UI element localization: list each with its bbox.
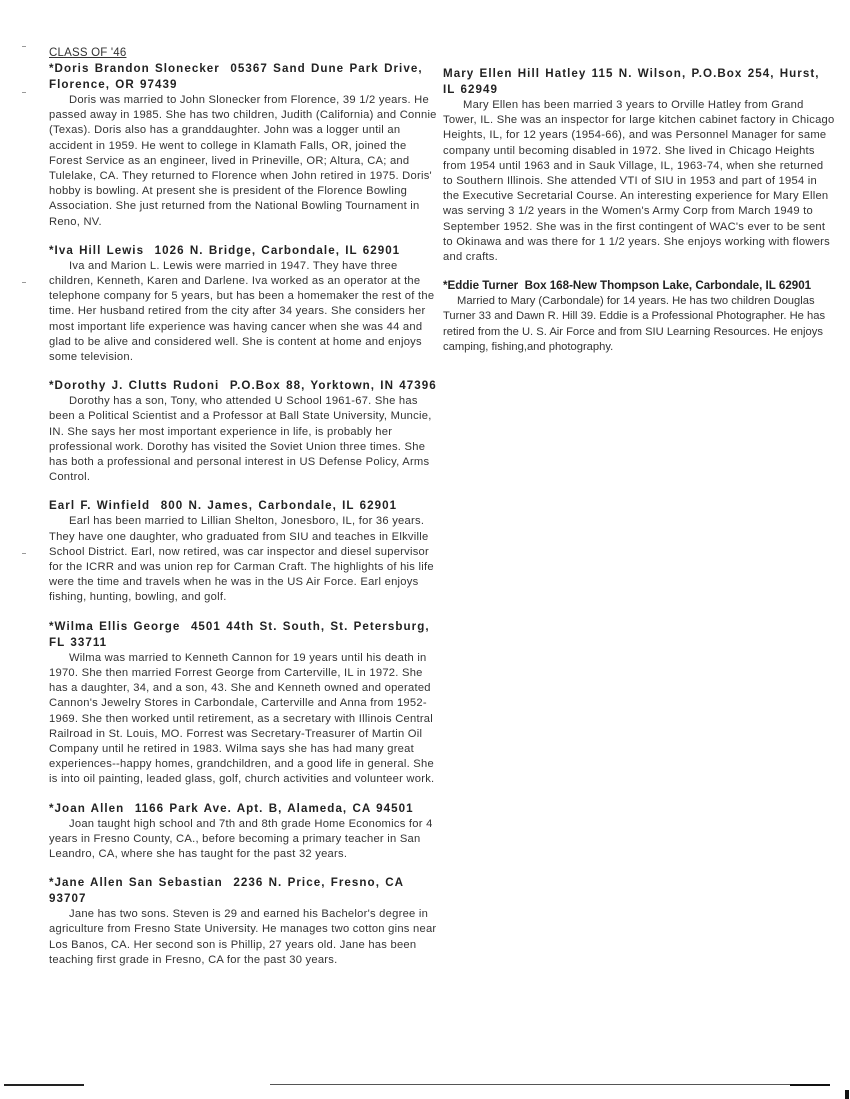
page-bottom-rule bbox=[790, 1084, 830, 1086]
entry-heading: *Iva Hill Lewis 1026 N. Bridge, Carbonda… bbox=[49, 243, 439, 259]
entry-address: 800 N. James, Carbondale, IL 62901 bbox=[161, 499, 397, 512]
entry-body-text: Dorothy has a son, Tony, who attended U … bbox=[49, 395, 432, 483]
scan-edge-mark bbox=[845, 1090, 849, 1099]
entry-body: Jane has two sons. Steven is 29 and earn… bbox=[49, 907, 439, 968]
entry-name: *Wilma Ellis George bbox=[49, 620, 180, 633]
left-column: CLASS OF '46 *Doris Brandon Slonecker 05… bbox=[49, 46, 439, 981]
entry-body: Iva and Marion L. Lewis were married in … bbox=[49, 259, 439, 365]
entry-hatley: Mary Ellen Hill Hatley 115 N. Wilson, P.… bbox=[443, 66, 835, 265]
entry-heading: *Wilma Ellis George 4501 44th St. South,… bbox=[49, 619, 439, 651]
entry-body-text: Married to Mary (Carbondale) for 14 year… bbox=[443, 295, 825, 353]
entry-winfield: Earl F. Winfield 800 N. James, Carbondal… bbox=[49, 498, 439, 605]
class-heading: CLASS OF '46 bbox=[49, 46, 439, 61]
margin-mark bbox=[22, 46, 26, 47]
entry-turner: *Eddie Turner Box 168-New Thompson Lake,… bbox=[443, 278, 835, 355]
entry-heading: *Joan Allen 1166 Park Ave. Apt. B, Alame… bbox=[49, 801, 439, 817]
entry-address: P.O.Box 88, Yorktown, IN 47396 bbox=[230, 379, 437, 392]
margin-mark bbox=[22, 553, 26, 554]
entry-body: Joan taught high school and 7th and 8th … bbox=[49, 817, 439, 863]
entry-body-text: Jane has two sons. Steven is 29 and earn… bbox=[49, 908, 436, 966]
entry-body: Dorothy has a son, Tony, who attended U … bbox=[49, 394, 439, 485]
entry-name: *Eddie Turner bbox=[443, 279, 518, 292]
margin-mark bbox=[22, 282, 26, 283]
entry-joan-allen: *Joan Allen 1166 Park Ave. Apt. B, Alame… bbox=[49, 801, 439, 863]
right-column: Mary Ellen Hill Hatley 115 N. Wilson, P.… bbox=[443, 66, 835, 368]
entry-body-text: Iva and Marion L. Lewis were married in … bbox=[49, 260, 434, 363]
entry-heading: *Jane Allen San Sebastian 2236 N. Price,… bbox=[49, 875, 439, 907]
page-bottom-rule bbox=[270, 1084, 830, 1085]
entry-address: 1026 N. Bridge, Carbondale, IL 62901 bbox=[155, 244, 401, 257]
entry-body: Earl has been married to Lillian Shelton… bbox=[49, 514, 439, 605]
margin-mark bbox=[22, 92, 26, 93]
entry-george: *Wilma Ellis George 4501 44th St. South,… bbox=[49, 619, 439, 788]
entry-heading: *Dorothy J. Clutts Rudoni P.O.Box 88, Yo… bbox=[49, 378, 439, 394]
entry-body-text: Doris was married to John Slonecker from… bbox=[49, 94, 437, 228]
entry-name: *Doris Brandon Slonecker bbox=[49, 62, 220, 75]
entry-body-text: Earl has been married to Lillian Shelton… bbox=[49, 515, 434, 603]
entry-name: *Jane Allen San Sebastian bbox=[49, 876, 223, 889]
entry-body-text: Mary Ellen has been married 3 years to O… bbox=[443, 99, 835, 263]
entry-rudoni: *Dorothy J. Clutts Rudoni P.O.Box 88, Yo… bbox=[49, 378, 439, 485]
entry-address: Box 168-New Thompson Lake, Carbondale, I… bbox=[525, 279, 812, 292]
entry-body-text: Joan taught high school and 7th and 8th … bbox=[49, 818, 433, 860]
entry-heading: Mary Ellen Hill Hatley 115 N. Wilson, P.… bbox=[443, 66, 835, 98]
entry-name: *Dorothy J. Clutts Rudoni bbox=[49, 379, 219, 392]
entry-body: Doris was married to John Slonecker from… bbox=[49, 93, 439, 230]
page-bottom-rule bbox=[4, 1084, 84, 1086]
entry-body: Mary Ellen has been married 3 years to O… bbox=[443, 98, 835, 265]
entry-lewis: *Iva Hill Lewis 1026 N. Bridge, Carbonda… bbox=[49, 243, 439, 365]
entry-heading: *Eddie Turner Box 168-New Thompson Lake,… bbox=[443, 278, 835, 294]
entry-name: *Iva Hill Lewis bbox=[49, 244, 144, 257]
entry-body-text: Wilma was married to Kenneth Cannon for … bbox=[49, 652, 434, 786]
entry-body: Wilma was married to Kenneth Cannon for … bbox=[49, 651, 439, 788]
entry-body: Married to Mary (Carbondale) for 14 year… bbox=[443, 294, 835, 355]
entry-heading: Earl F. Winfield 800 N. James, Carbondal… bbox=[49, 498, 439, 514]
entry-heading: *Doris Brandon Slonecker 05367 Sand Dune… bbox=[49, 61, 439, 93]
entry-slonecker: *Doris Brandon Slonecker 05367 Sand Dune… bbox=[49, 61, 439, 230]
entry-name: Mary Ellen Hill Hatley bbox=[443, 67, 586, 80]
entry-name: *Joan Allen bbox=[49, 802, 124, 815]
entry-address: 1166 Park Ave. Apt. B, Alameda, CA 94501 bbox=[135, 802, 414, 815]
entry-san-sebastian: *Jane Allen San Sebastian 2236 N. Price,… bbox=[49, 875, 439, 968]
entry-name: Earl F. Winfield bbox=[49, 499, 150, 512]
